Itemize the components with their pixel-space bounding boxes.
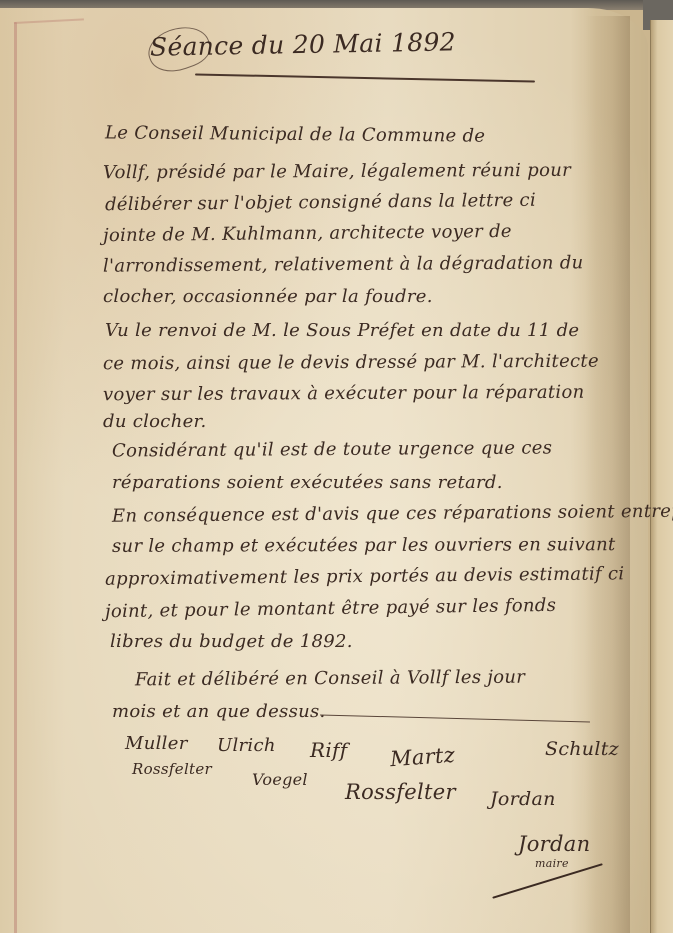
text-line: du clocher. [103,413,207,431]
text-line: mois et an que dessus. [112,703,326,721]
margin-rule-top [14,18,84,24]
text-line: l'arrondissement, relativement à la dégr… [103,254,584,275]
text-line: libres du budget de 1892. [110,633,353,651]
signature: Martz [389,743,456,771]
signature: Riff [310,738,347,762]
page-title: Séance du 20 Mai 1892 [150,27,456,61]
mayor-title: maire [535,857,569,870]
text-line: délibérer sur l'objet consigné dans la l… [105,192,536,215]
adjacent-page-edge [650,20,673,933]
text-line: sur le champ et exécutées par les ouvrie… [112,536,616,556]
signature: Rossfelter [132,760,212,778]
signature: Voegel [252,770,308,789]
text-line: En conséquence est d'avis que ces répara… [112,502,673,525]
text-line: Vu le renvoi de M. le Sous Préfet en dat… [105,322,579,340]
text-line: Vollf, présidé par le Maire, légalement … [103,162,571,182]
signature: Jordan [490,788,556,810]
text-line: Considérant qu'il est de toute urgence q… [112,439,552,460]
text-line: jointe de M. Kuhlmann, architecte voyer … [103,223,512,245]
page-gutter-shade [585,16,630,933]
text-line: Le Conseil Municipal de la Commune de [105,124,485,145]
text-line: voyer sur les travaux à exécuter pour la… [103,384,585,405]
signature: Ulrich [217,735,276,756]
text-line: Fait et délibéré en Conseil à Vollf les … [135,669,525,690]
signature: Muller [125,733,188,754]
text-line: clocher, occasionnée par la foudre. [103,288,433,306]
text-line: ce mois, ainsi que le devis dressé par M… [103,353,599,374]
signature: Schultz [545,738,619,760]
margin-rule [14,22,17,933]
signature: Rossfelter [345,780,456,804]
text-line: réparations soient exécutées sans retard… [112,474,503,492]
mayor-signature: Jordan [518,832,590,856]
